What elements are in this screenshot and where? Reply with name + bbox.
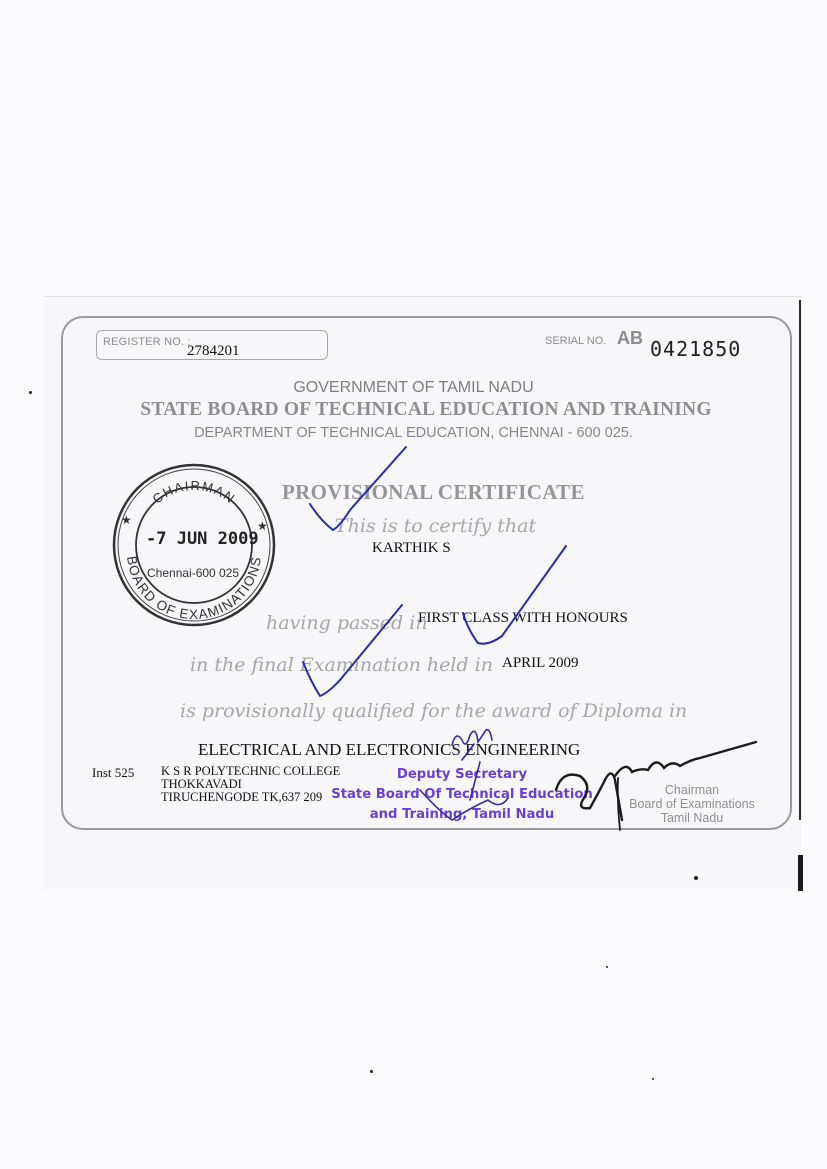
tick-mark-icon [463,546,566,644]
tick-mark-icon [303,605,402,696]
deputy-signature-icon [420,730,508,820]
chairman-signature-icon [556,742,756,820]
ink-annotations [0,0,827,1169]
tick-mark-icon [310,447,406,530]
